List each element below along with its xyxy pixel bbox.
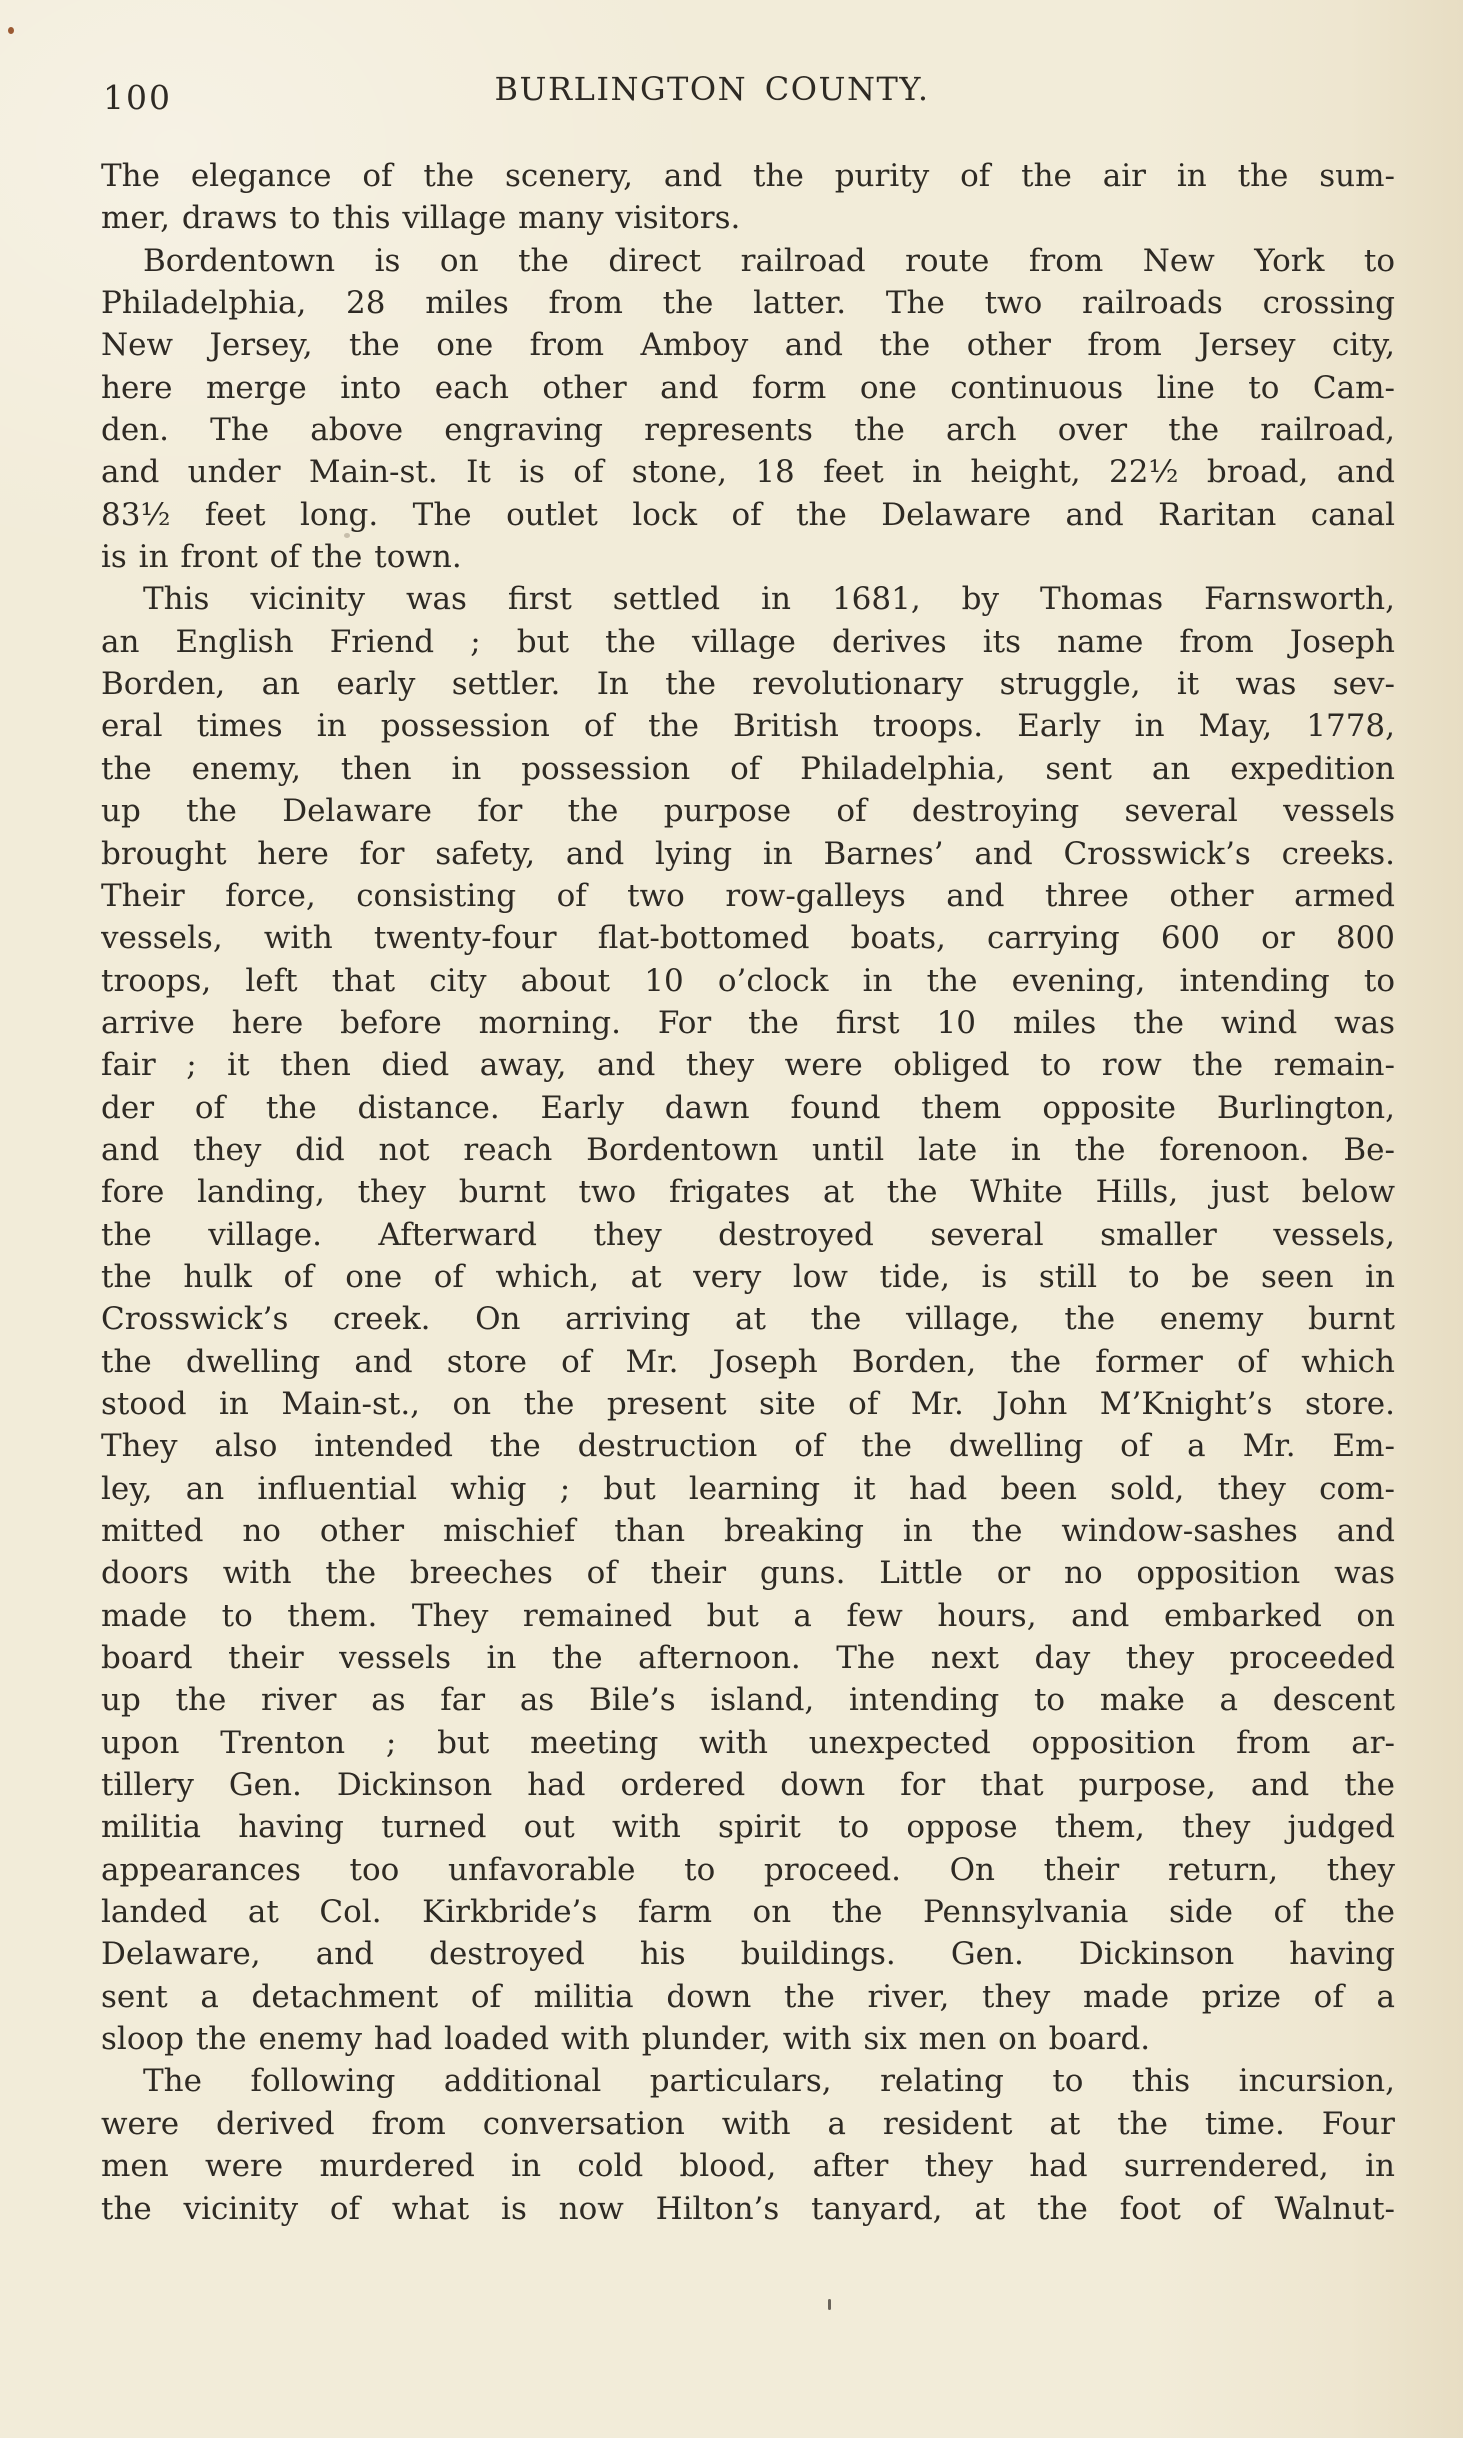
text-line: This vicinity was first settled in 1681,… [101,578,1395,620]
text-line: militia having turned out with spirit to… [101,1806,1395,1848]
text-line: the hulk of one of which, at very low ti… [101,1256,1395,1298]
body-text: The elegance of the scenery, and the pur… [101,155,1395,2230]
text-line: board their vessels in the afternoon. Th… [101,1637,1395,1679]
text-line: up the river as far as Bile’s island, in… [101,1679,1395,1721]
paper-speck [828,2299,831,2310]
text-line: up the Delaware for the purpose of destr… [101,790,1395,832]
text-line: men were murdered in cold blood, after t… [101,2145,1395,2187]
text-line: der of the distance. Early dawn found th… [101,1087,1395,1129]
text-line: were derived from conversation with a re… [101,2103,1395,2145]
text-line: fore landing, they burnt two frigates at… [101,1171,1395,1213]
text-line: sloop the enemy had loaded with plunder,… [101,2018,1395,2060]
paper-speck [8,27,14,34]
text-line: 83½ feet long. The outlet lock of the De… [101,494,1395,536]
text-line: Their force, consisting of two row-galle… [101,875,1395,917]
text-line: the enemy, then in possession of Philade… [101,748,1395,790]
page-header: 100 BURLINGTON COUNTY. [101,70,1395,118]
running-head: BURLINGTON COUNTY. [101,70,1395,108]
text-line: sent a detachment of militia down the ri… [101,1976,1395,2018]
text-line: made to them. They remained but a few ho… [101,1595,1395,1637]
text-line: and they did not reach Bordentown until … [101,1129,1395,1171]
text-line: landed at Col. Kirkbride’s farm on the P… [101,1891,1395,1933]
text-line: arrive here before morning. For the firs… [101,1002,1395,1044]
text-line: Delaware, and destroyed his buildings. G… [101,1933,1395,1975]
text-line: ley, an influential whig ; but learning … [101,1468,1395,1510]
paper-speck [344,533,350,538]
text-line: is in front of the town. [101,536,1395,578]
text-line: New Jersey, the one from Amboy and the o… [101,324,1395,366]
text-line: an English Friend ; but the village deri… [101,621,1395,663]
text-line: tillery Gen. Dickinson had ordered down … [101,1764,1395,1806]
text-line: den. The above engraving represents the … [101,409,1395,451]
text-line: and under Main-st. It is of stone, 18 fe… [101,451,1395,493]
text-line: mitted no other mischief than breaking i… [101,1510,1395,1552]
text-line: doors with the breeches of their guns. L… [101,1552,1395,1594]
running-head-title: BURLINGTON COUNTY. [495,70,930,108]
text-line: They also intended the destruction of th… [101,1425,1395,1467]
text-line: appearances too unfavorable to proceed. … [101,1849,1395,1891]
text-line: the village. Afterward they destroyed se… [101,1214,1395,1256]
text-line: The following additional particulars, re… [101,2060,1395,2102]
text-line: Bordentown is on the direct railroad rou… [101,240,1395,282]
text-line: the vicinity of what is now Hilton’s tan… [101,2188,1395,2230]
text-line: here merge into each other and form one … [101,367,1395,409]
text-line: mer, draws to this village many visitors… [101,197,1395,239]
text-line: The elegance of the scenery, and the pur… [101,155,1395,197]
text-line: brought here for safety, and lying in Ba… [101,833,1395,875]
text-line: the dwelling and store of Mr. Joseph Bor… [101,1341,1395,1383]
text-line: Crosswick’s creek. On arriving at the vi… [101,1298,1395,1340]
text-line: vessels, with twenty-four flat-bottomed … [101,917,1395,959]
text-line: troops, left that city about 10 o’clock … [101,960,1395,1002]
text-line: Borden, an early settler. In the revolut… [101,663,1395,705]
text-line: eral times in possession of the British … [101,705,1395,747]
text-line: Philadelphia, 28 miles from the latter. … [101,282,1395,324]
text-line: upon Trenton ; but meeting with unexpect… [101,1722,1395,1764]
text-line: fair ; it then died away, and they were … [101,1044,1395,1086]
book-page-scan: 100 BURLINGTON COUNTY. The elegance of t… [0,0,1463,2438]
text-line: stood in Main-st., on the present site o… [101,1383,1395,1425]
